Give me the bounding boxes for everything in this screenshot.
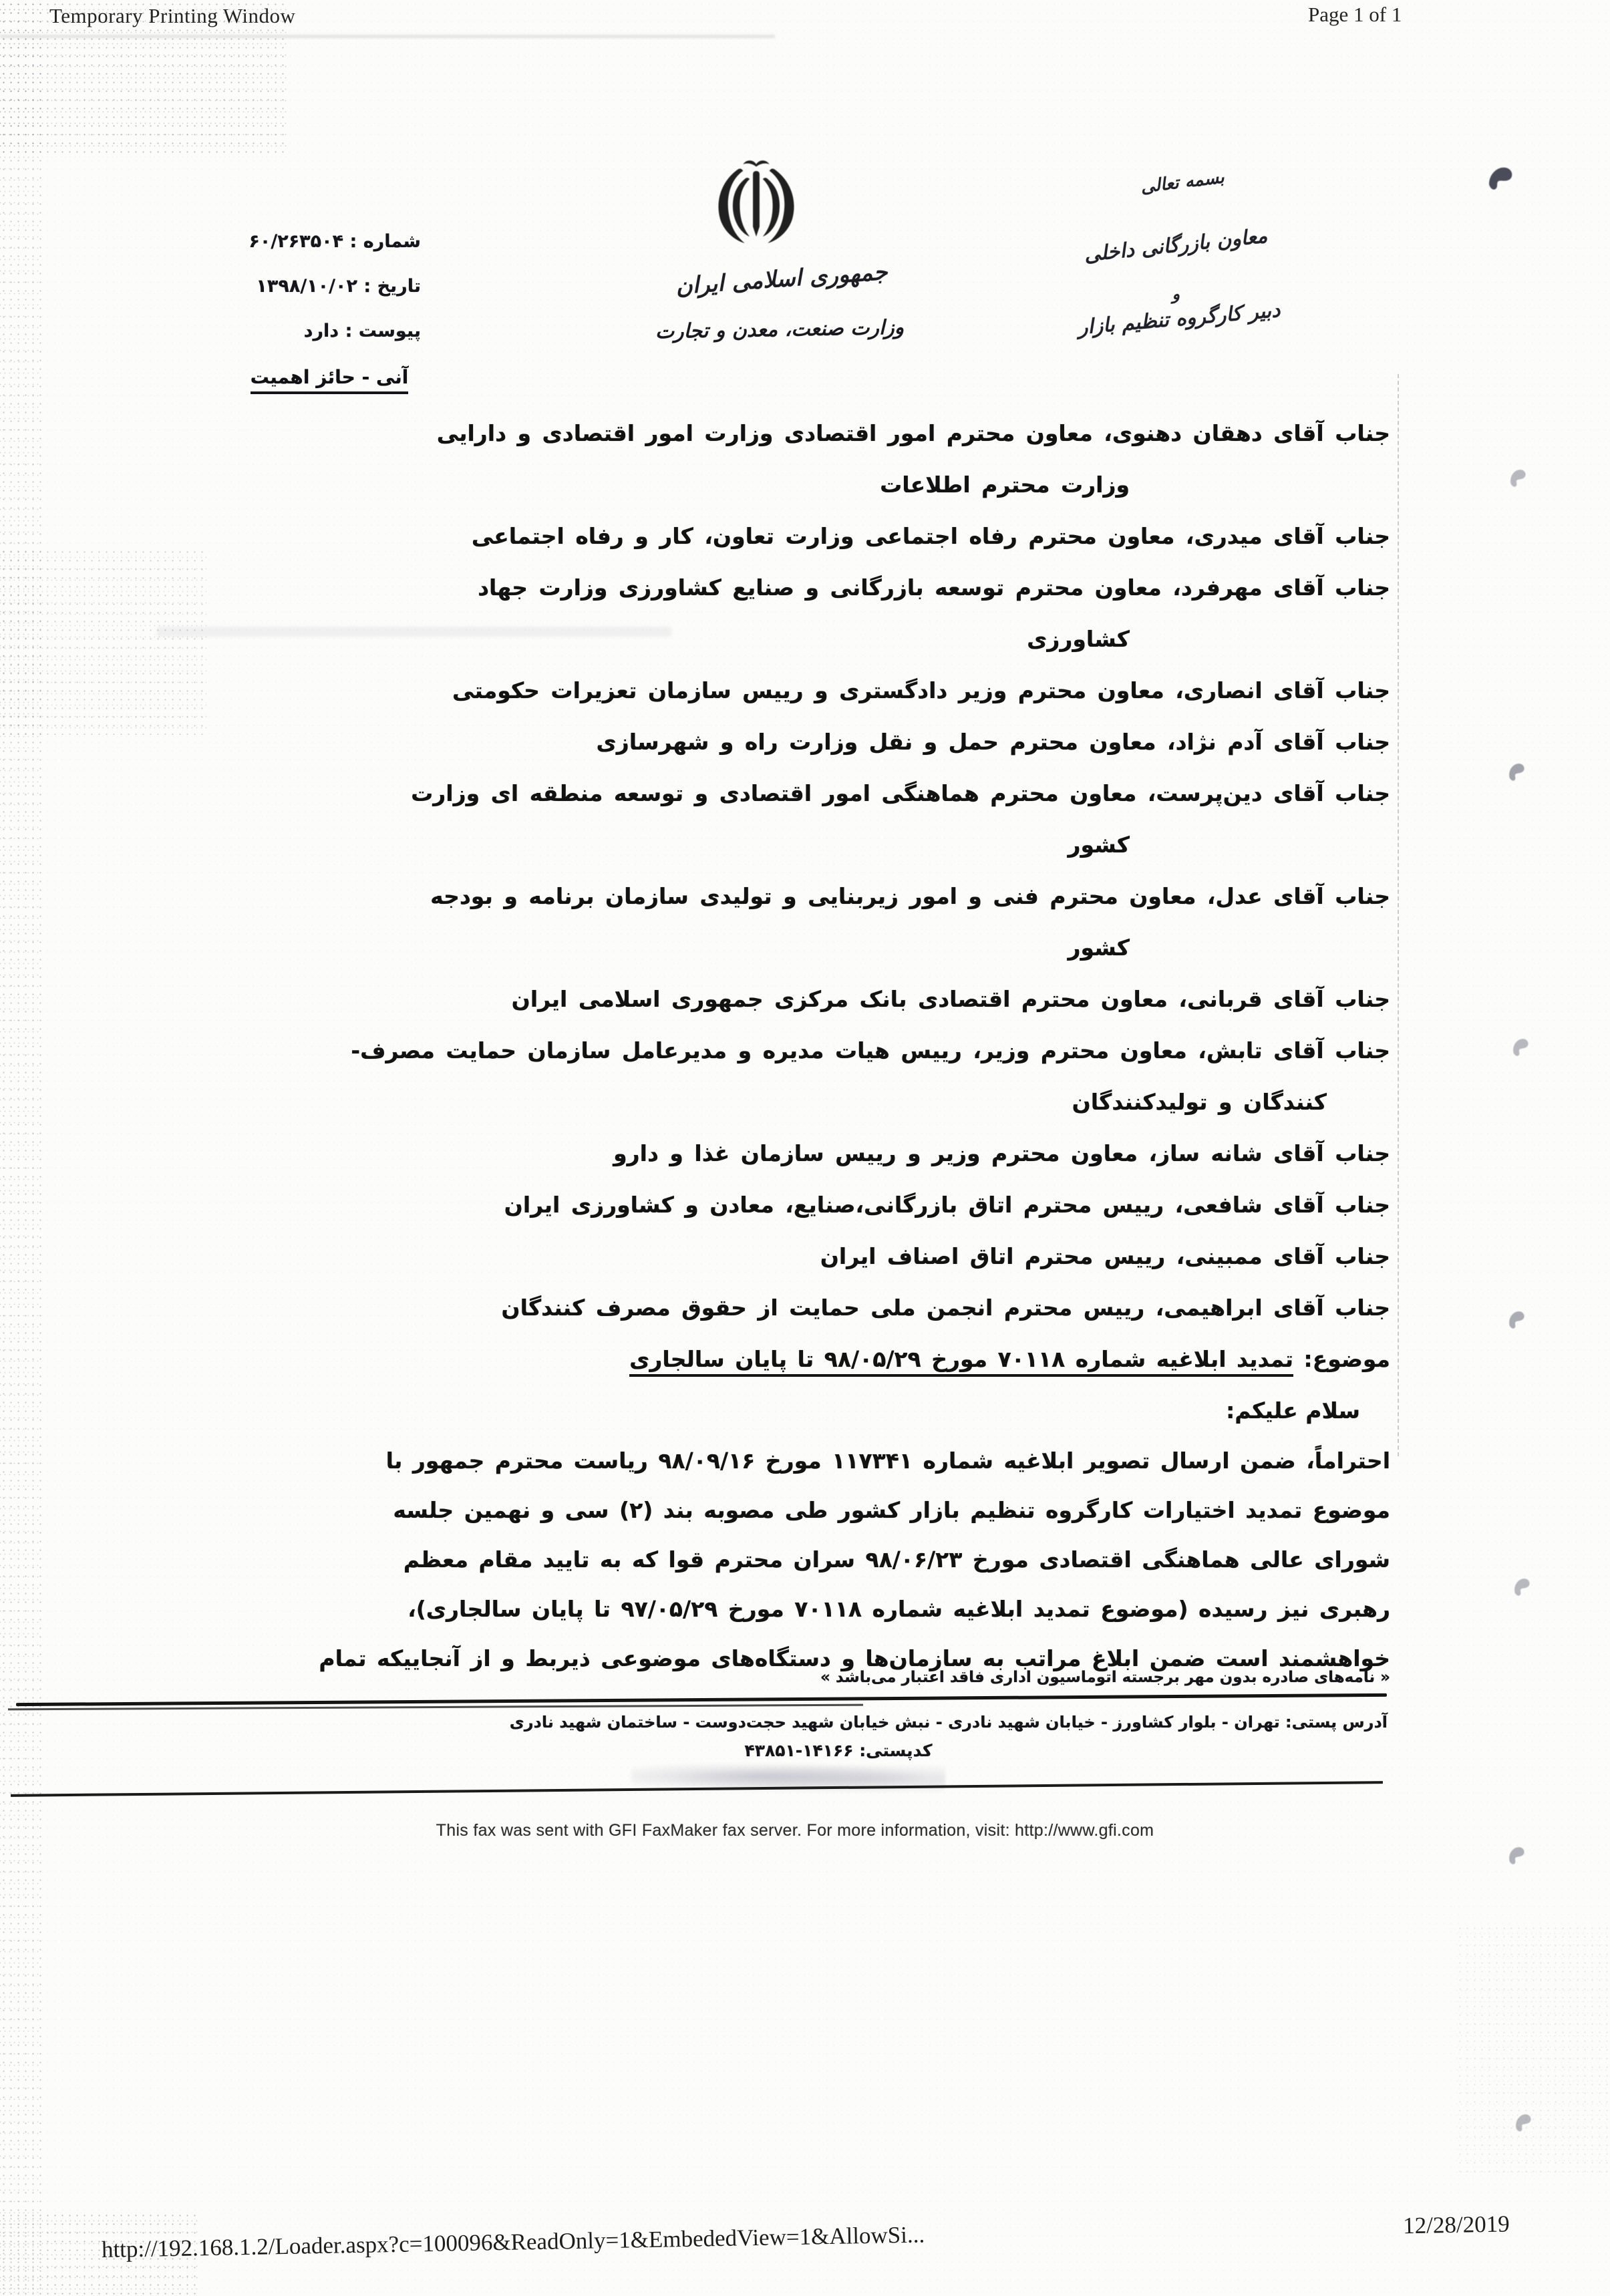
number-label: شماره : xyxy=(350,231,421,252)
letter-body: جناب آقای دهقان دهنوی، معاون محترم امور … xyxy=(334,407,1390,1683)
number-value: ۶۰/۲۶۳۵۰۴ xyxy=(249,231,343,252)
addressee-line-wrap: کنندگان و تولیدکنندگان xyxy=(334,1076,1390,1128)
scan-mark-icon xyxy=(1482,158,1520,201)
ministry-title-script: وزارت صنعت، معدن و تجارت xyxy=(643,315,917,343)
scan-mark-icon xyxy=(1506,1842,1528,1869)
scan-mark-icon xyxy=(1510,1034,1533,1061)
scan-noise-left-edge xyxy=(0,0,41,2296)
postal-address: آدرس پستی: تهران - بلوار کشاورز - خیابان… xyxy=(510,1713,1388,1732)
handwritten-deputy-line: معاون بازرگانی داخلی xyxy=(1048,220,1303,271)
print-footer-url: http://192.168.1.2/Loader.aspx?c=100096&… xyxy=(102,2221,925,2263)
fax-server-notice: This fax was sent with GFI FaxMaker fax … xyxy=(347,1821,1243,1840)
handwritten-basmala: بسمه تعالی xyxy=(1095,162,1270,202)
scan-mark-icon xyxy=(1511,1574,1534,1601)
addressee-line: جناب آقای میدری، معاون محترم رفاه اجتماع… xyxy=(334,510,1390,562)
addressee-line: جناب آقای مهرفرد، معاون محترم توسعه بازر… xyxy=(334,562,1390,613)
attachment-label: پیوست : xyxy=(345,321,421,341)
letter-number-row: شماره : ۶۰/۲۶۳۵۰۴ xyxy=(235,231,421,252)
print-footer: http://192.168.1.2/Loader.aspx?c=100096&… xyxy=(102,2210,1510,2263)
no-embossed-seal-disclaimer: « نامه‌های صادره بدون مهر برجسته اتوماسی… xyxy=(820,1669,1390,1686)
page-indicator: Page 1 of 1 xyxy=(1308,3,1402,27)
iran-emblem-icon xyxy=(705,158,807,265)
addressee-line: جناب آقای قربانی، معاون محترم اقتصادی با… xyxy=(334,973,1390,1025)
addressee-line: جناب آقای آدم نژاد، معاون محترم حمل و نق… xyxy=(334,716,1390,768)
salutation: سلام علیکم: xyxy=(334,1385,1390,1436)
scan-mark-icon xyxy=(1506,759,1528,786)
addressee-line: جناب آقای عدل، معاون محترم فنی و امور زی… xyxy=(334,870,1390,922)
postal-code: کدپستی: ۱۴۱۶۶-۴۳۸۵۱ xyxy=(678,1741,999,1760)
date-label: تاریخ : xyxy=(363,276,421,297)
subject-text: تمدید ابلاغیه شماره ۷۰۱۱۸ مورخ ۹۸/۰۵/۲۹ … xyxy=(629,1346,1293,1377)
attachment-value: دارد xyxy=(304,321,339,341)
scan-noise-bottom-right xyxy=(1456,1924,1610,2178)
addressee-line: جناب آقای انصاری، معاون محترم وزیر دادگس… xyxy=(334,665,1390,716)
scan-mark-icon xyxy=(1512,2110,1535,2136)
letter-date-row: تاریخ : ۱۳۹۸/۱۰/۰۲ xyxy=(235,276,421,297)
addressee-line: جناب آقای ابراهیمی، رییس محترم انجمن ملی… xyxy=(334,1282,1390,1333)
addressee-line: جناب آقای شافعی، رییس محترم اتاق بازرگان… xyxy=(334,1179,1390,1231)
scan-noise-mid-left xyxy=(0,548,207,735)
addressee-line: وزارت محترم اطلاعات xyxy=(334,459,1390,510)
subject-line: موضوع: تمدید ابلاغیه شماره ۷۰۱۱۸ مورخ ۹۸… xyxy=(334,1333,1390,1385)
attachment-row: پیوست : دارد xyxy=(235,321,421,341)
addressee-line-wrap: کشور xyxy=(334,922,1390,973)
date-value: ۱۳۹۸/۱۰/۰۲ xyxy=(256,276,357,297)
body-line: رهبری نیز رسیده (موضوع تمدید ابلاغیه شما… xyxy=(334,1585,1390,1634)
addressee-line-wrap: کشاورزی xyxy=(334,613,1390,665)
scan-streak xyxy=(0,35,775,38)
addressee-line: جناب آقای شانه ساز، معاون محترم وزیر و ر… xyxy=(334,1128,1390,1179)
addressee-line: جناب آقای دین‌پرست، معاون محترم هماهنگی … xyxy=(334,768,1390,819)
addressee-line: جناب آقای تابش، معاون محترم وزیر، رییس ه… xyxy=(334,1025,1390,1076)
addressee-line-wrap: کشور xyxy=(334,819,1390,870)
body-line: احتراماً، ضمن ارسال تصویر ابلاغیه شماره … xyxy=(334,1436,1390,1486)
fold-crease-line xyxy=(1398,374,1399,1456)
body-line: موضوع تمدید اختیارات کارگروه تنظیم بازار… xyxy=(334,1486,1390,1535)
subject-label: موضوع: xyxy=(1304,1346,1390,1372)
print-window-title: Temporary Printing Window xyxy=(49,4,295,28)
letter-meta-block: شماره : ۶۰/۲۶۳۵۰۴ تاریخ : ۱۳۹۸/۱۰/۰۲ پیو… xyxy=(235,231,421,365)
scan-mark-icon xyxy=(1506,1307,1528,1333)
scan-mark-icon xyxy=(1507,465,1530,492)
handwritten-conjunction: و xyxy=(1135,282,1217,306)
scanned-fax-page: Temporary Printing Window Page 1 of 1 شم… xyxy=(0,0,1610,2296)
addressee-line: جناب آقای دهقان دهنوی، معاون محترم امور … xyxy=(334,407,1390,459)
priority-stamp: آنی - حائز اهمیت xyxy=(243,366,416,388)
addressee-line: جناب آقای ممبینی، رییس محترم اتاق اصناف … xyxy=(334,1231,1390,1282)
print-footer-date: 12/28/2019 xyxy=(1403,2210,1510,2239)
body-line: شورای عالی هماهنگی اقتصادی مورخ ۹۸/۰۶/۲۳… xyxy=(334,1535,1390,1585)
